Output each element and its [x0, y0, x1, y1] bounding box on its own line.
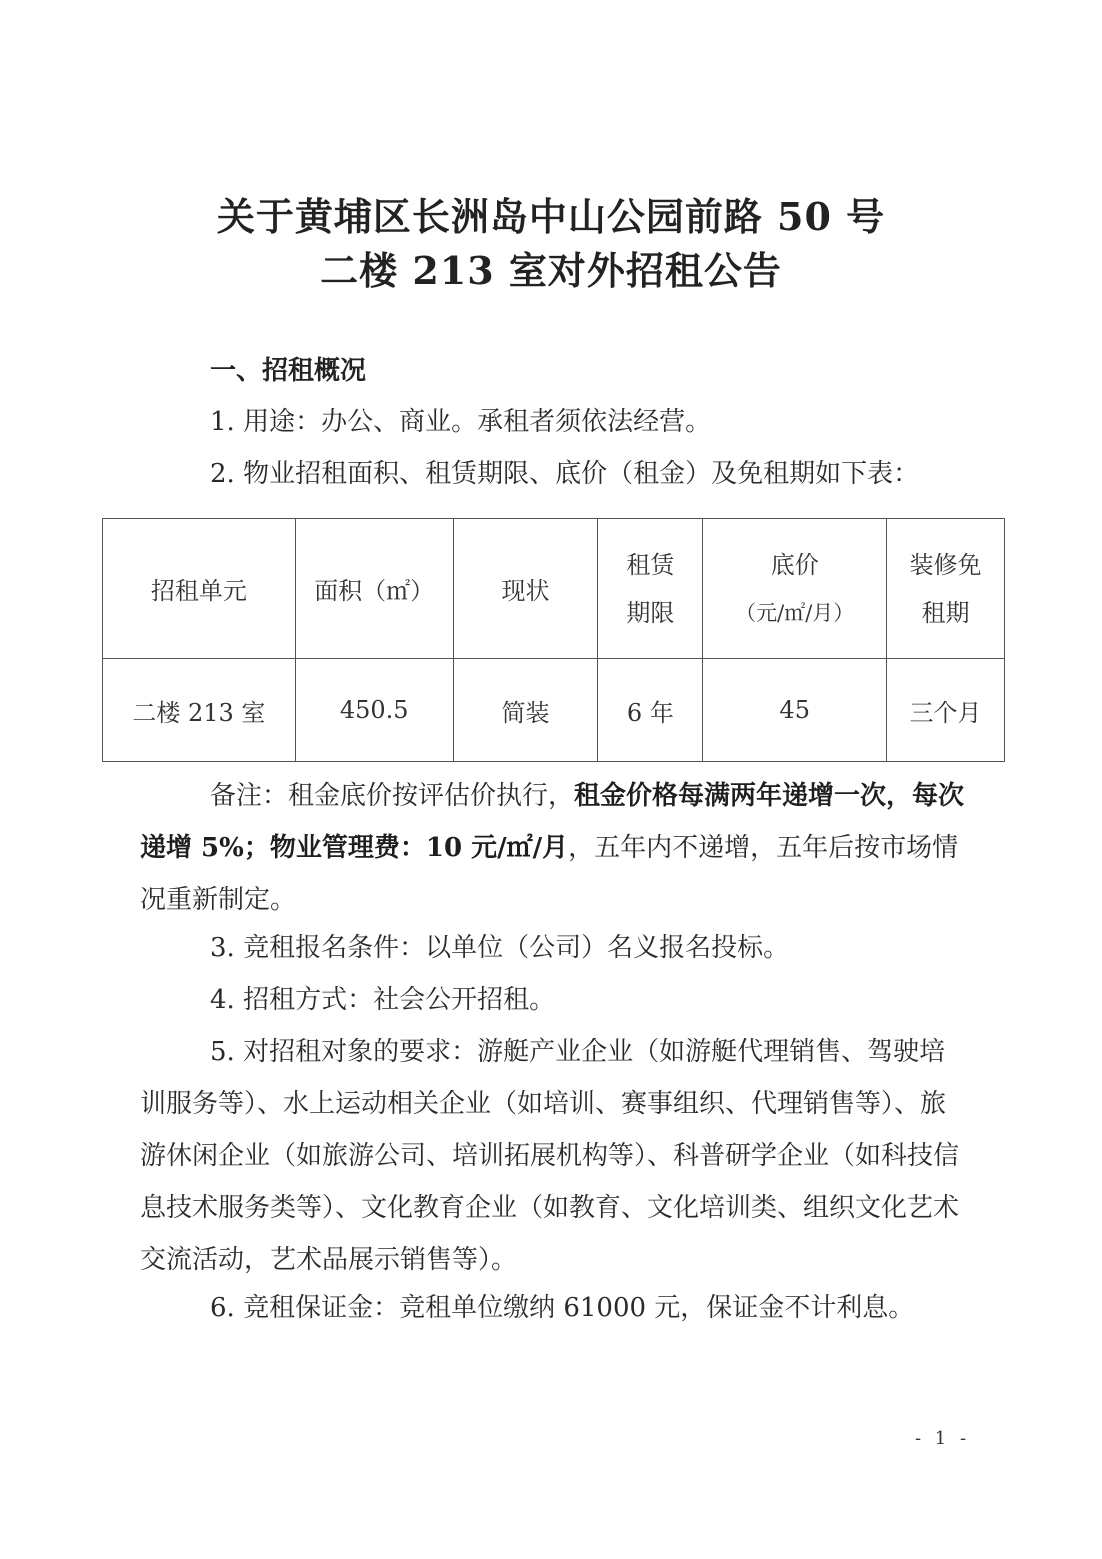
header-term-line-1: 租赁	[602, 541, 698, 589]
table-row: 二楼 213 室 450.5 简装 6 年 45 三个月	[103, 659, 1005, 762]
document-title-line-2: 二楼 213 室对外招租公告	[0, 240, 1102, 295]
header-free-period-line-1: 装修免	[891, 541, 1000, 589]
item-registration-conditions: 3. 竞租报名条件：以单位（公司）名义报名投标。	[140, 922, 970, 974]
header-price: 底价 （元/㎡/月）	[703, 519, 887, 659]
cell-term: 6 年	[598, 659, 703, 762]
cell-status: 简装	[453, 659, 598, 762]
document-page: 关于黄埔区长洲岛中山公园前路 50 号 二楼 213 室对外招租公告 一、招租概…	[0, 0, 1102, 1559]
item-usage: 1. 用途：办公、商业。承租者须依法经营。	[140, 396, 970, 448]
document-title-line-1: 关于黄埔区长洲岛中山公园前路 50 号	[0, 186, 1102, 241]
page-number: - 1 -	[915, 1428, 970, 1449]
header-unit: 招租单元	[103, 519, 296, 659]
note-text: 备注：租金底价按评估价执行，	[210, 781, 574, 811]
section-heading-overview: 一、招租概况	[210, 350, 366, 387]
lease-table: 招租单元 面积（㎡） 现状 租赁 期限 底价 （元/㎡/月） 装修免 租期 二楼…	[102, 518, 1005, 762]
header-status: 现状	[453, 519, 598, 659]
header-area: 面积（㎡）	[295, 519, 453, 659]
header-free-period-line-2: 租期	[891, 589, 1000, 637]
header-price-unit: （元/㎡/月）	[707, 589, 882, 637]
table-header-row: 招租单元 面积（㎡） 现状 租赁 期限 底价 （元/㎡/月） 装修免 租期	[103, 519, 1005, 659]
item-leasing-method: 4. 招租方式：社会公开招租。	[140, 974, 970, 1026]
header-term-line-2: 期限	[602, 589, 698, 637]
cell-unit: 二楼 213 室	[103, 659, 296, 762]
cell-price: 45	[703, 659, 887, 762]
header-price-line-1: 底价	[707, 541, 882, 589]
item-tenant-requirements: 5. 对招租对象的要求：游艇产业企业（如游艇代理销售、驾驶培训服务等）、水上运动…	[140, 1026, 970, 1286]
item-deposit: 6. 竞租保证金：竞租单位缴纳 61000 元，保证金不计利息。	[140, 1282, 970, 1334]
item-table-intro: 2. 物业招租面积、租赁期限、底价（租金）及免租期如下表：	[140, 448, 970, 500]
cell-free-period: 三个月	[887, 659, 1005, 762]
header-term: 租赁 期限	[598, 519, 703, 659]
header-free-period: 装修免 租期	[887, 519, 1005, 659]
table-note: 备注：租金底价按评估价执行，租金价格每满两年递增一次，每次递增 5%；物业管理费…	[140, 770, 970, 926]
cell-area: 450.5	[295, 659, 453, 762]
